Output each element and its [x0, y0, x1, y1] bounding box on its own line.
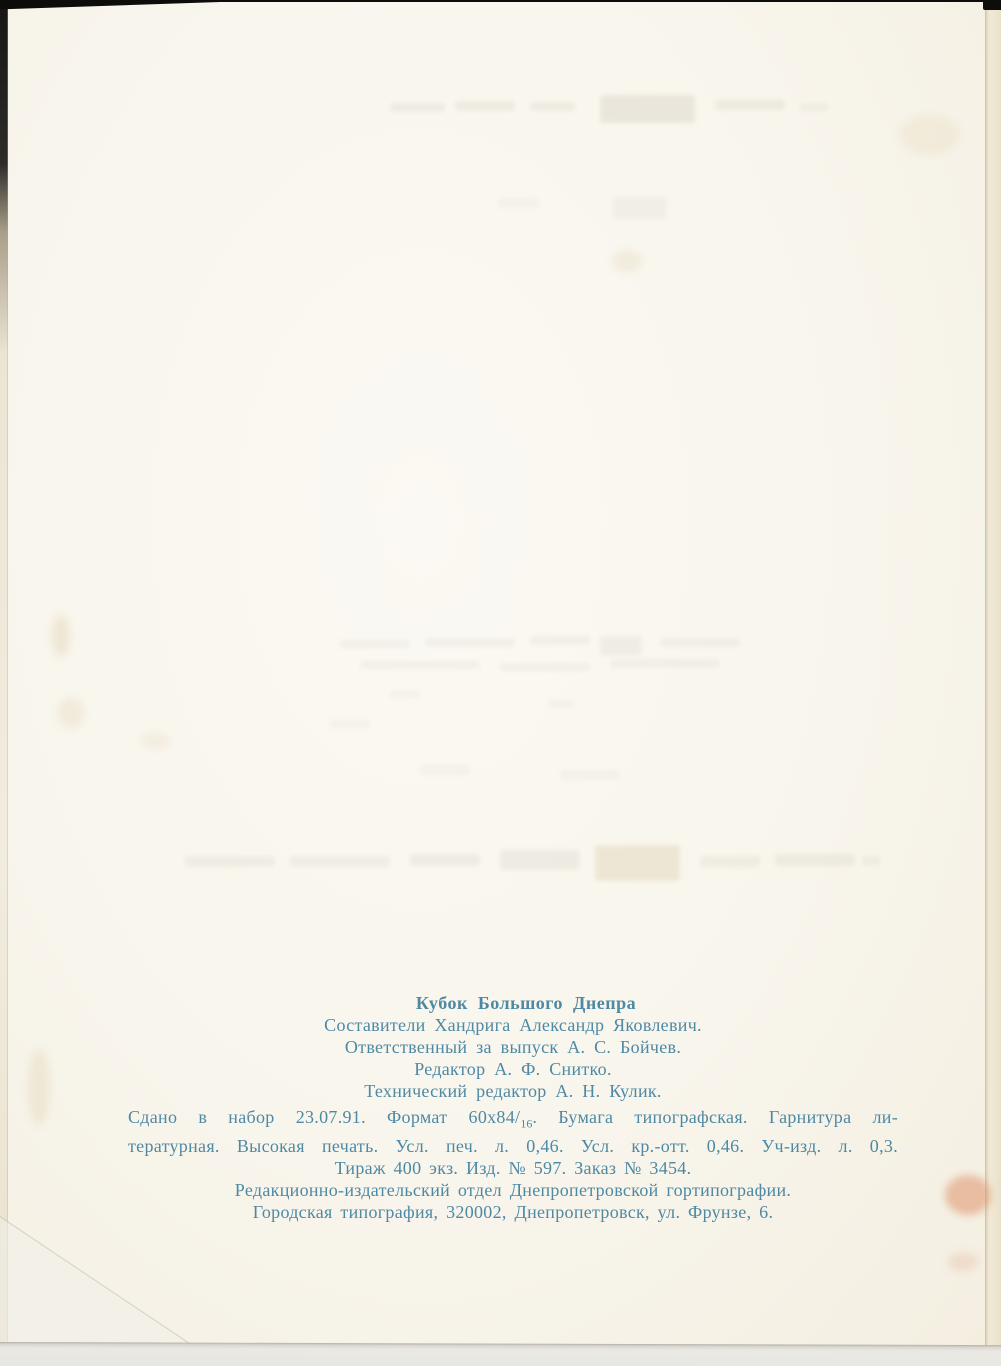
showthrough-smudge: [595, 845, 680, 881]
showthrough-smudge: [660, 638, 740, 647]
showthrough-smudge: [330, 720, 370, 728]
showthrough-smudge: [500, 850, 580, 870]
showthrough-smudge: [390, 103, 445, 112]
showthrough-smudge: [600, 636, 642, 656]
showthrough-smudge: [340, 640, 410, 648]
showthrough-smudge: [455, 101, 515, 111]
showthrough-smudge: [612, 196, 667, 220]
paper-stain: [612, 250, 642, 272]
showthrough-smudge: [290, 856, 390, 867]
showthrough-smudge: [560, 770, 620, 780]
showthrough-smudge: [600, 95, 695, 123]
colophon: Кубок Большого Днепра Составители Хандри…: [128, 992, 898, 1223]
showthrough-smudge: [410, 854, 480, 866]
showthrough-smudge: [700, 856, 760, 867]
showthrough-smudge: [500, 663, 590, 671]
imprint-line-1-pre: Сдано в набор 23.07.91. Формат 60х84/: [128, 1107, 520, 1127]
showthrough-smudge: [610, 659, 720, 668]
imprint-line-1: Сдано в набор 23.07.91. Формат 60х84/16.…: [128, 1106, 898, 1135]
showthrough-smudge: [548, 700, 574, 708]
credit-line-responsible: Ответственный за выпуск А. С. Бойчев.: [128, 1036, 898, 1058]
scan-edge-top: [0, 0, 1001, 12]
page-right-edge: [985, 0, 1001, 1366]
showthrough-smudge: [420, 765, 470, 775]
paper-stain: [52, 615, 70, 657]
credit-line-editor: Редактор А. Ф. Снитко.: [128, 1058, 898, 1080]
imprint-line-2: тературная. Высокая печать. Усл. печ. л.…: [128, 1135, 898, 1157]
scan-edge-top-right-corner: [983, 0, 1001, 10]
showthrough-smudge: [530, 636, 590, 645]
paper-stain: [28, 1050, 50, 1125]
showthrough-smudge: [390, 690, 420, 698]
showthrough-smudge: [775, 854, 855, 866]
page-bottom-edge: [0, 1342, 1001, 1366]
showthrough-smudge: [360, 661, 480, 669]
showthrough-smudge: [498, 198, 538, 208]
showthrough-smudge: [715, 100, 785, 110]
showthrough-smudge: [185, 856, 275, 867]
page-left-edge: [0, 0, 8, 1366]
showthrough-smudge: [425, 638, 515, 647]
publisher-line-1: Редакционно-издательский отдел Днепропет…: [128, 1179, 898, 1201]
paper-stain: [948, 1253, 978, 1271]
format-subscript: 16: [520, 1117, 532, 1131]
showthrough-smudge: [800, 103, 828, 111]
showthrough-smudge: [530, 102, 575, 111]
paper-stain: [58, 698, 84, 728]
imprint-line-3: Тираж 400 экз. Изд. № 597. Заказ № 3454.: [128, 1157, 898, 1179]
paper-stain: [900, 115, 960, 155]
colophon-title: Кубок Большого Днепра: [141, 992, 911, 1014]
showthrough-smudge: [862, 856, 880, 866]
credit-line-tech-editor: Технический редактор А. Н. Кулик.: [128, 1080, 898, 1102]
publisher-line-2: Городская типография, 320002, Днепропетр…: [128, 1201, 898, 1223]
paper-stain: [140, 733, 170, 749]
credit-line-compiler: Составители Хандрига Александр Яковлевич…: [128, 1014, 898, 1036]
imprint-line-1-post: . Бумага типографская. Гарнитура ли-: [532, 1107, 898, 1127]
scanned-page: Кубок Большого Днепра Составители Хандри…: [0, 0, 1001, 1366]
